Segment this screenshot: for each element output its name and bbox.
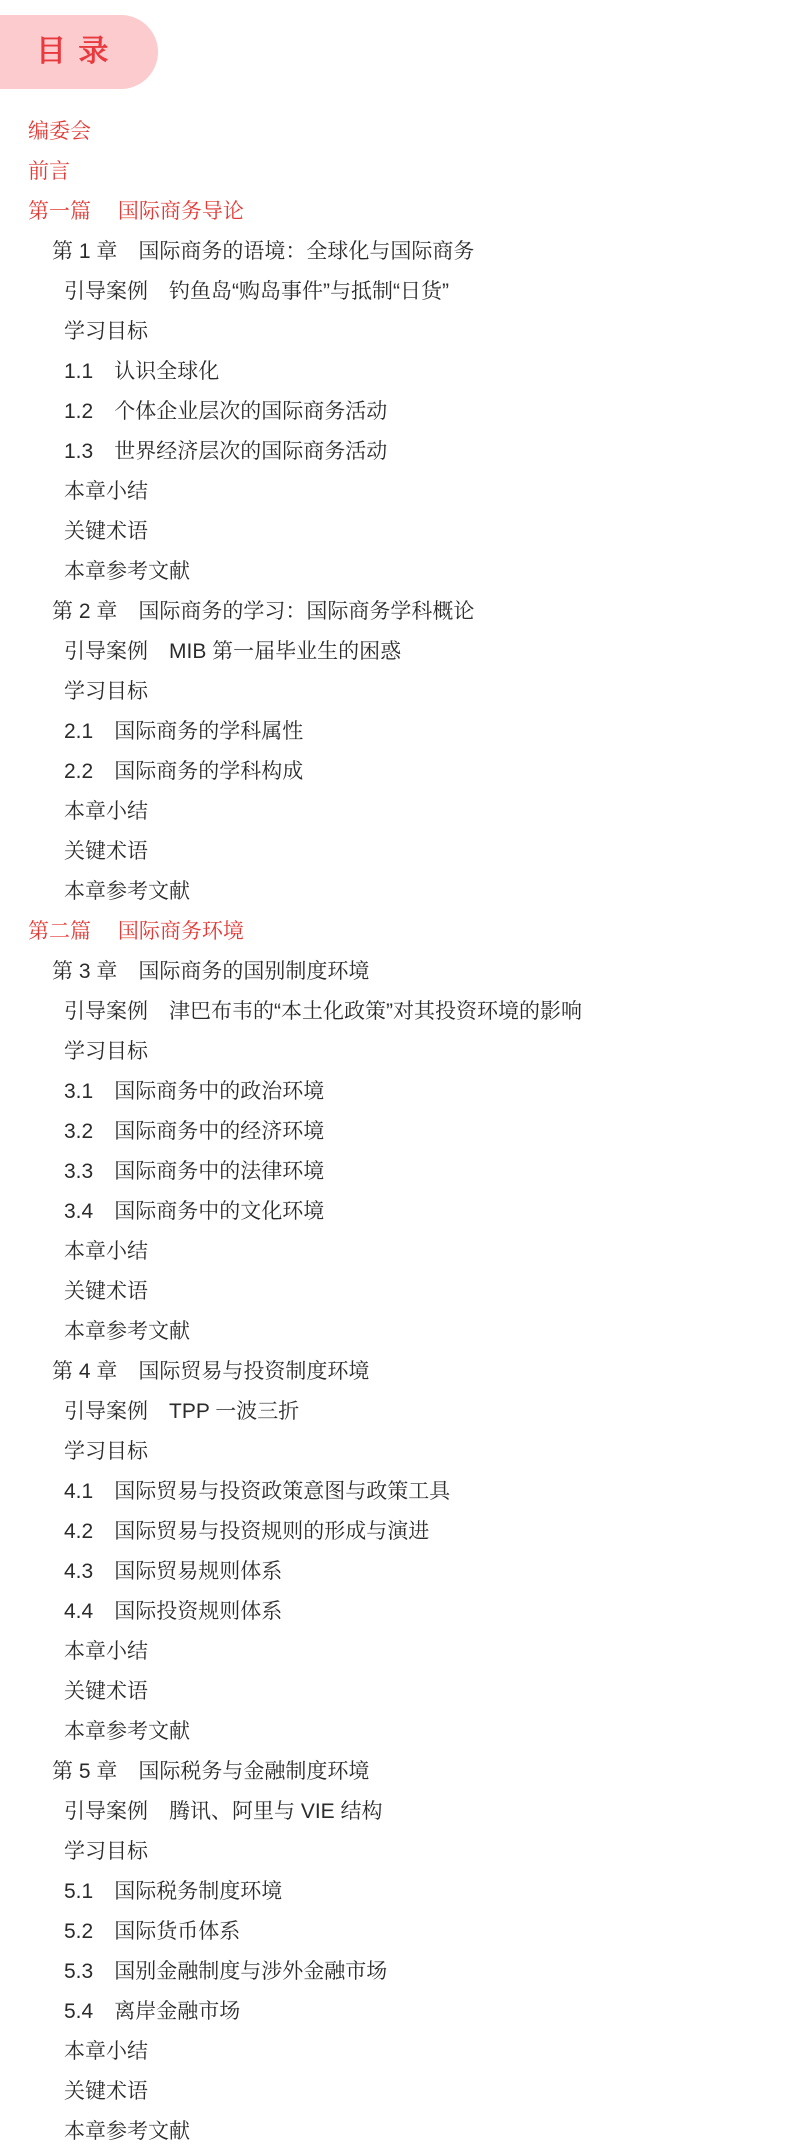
toc-item[interactable]: 引导案例 MIB 第一届毕业生的困惑 bbox=[0, 632, 790, 672]
toc-item[interactable]: 3.4 国际商务中的文化环境 bbox=[0, 1192, 790, 1232]
toc-item[interactable]: 本章参考文献 bbox=[0, 1312, 790, 1352]
toc-item[interactable]: 第 1 章 国际商务的语境：全球化与国际商务 bbox=[0, 232, 790, 272]
toc-item[interactable]: 3.3 国际商务中的法律环境 bbox=[0, 1152, 790, 1192]
toc-item[interactable]: 引导案例 TPP 一波三折 bbox=[0, 1392, 790, 1432]
toc-item[interactable]: 本章参考文献 bbox=[0, 2112, 790, 2152]
toc-item[interactable]: 第 4 章 国际贸易与投资制度环境 bbox=[0, 1352, 790, 1392]
toc-item[interactable]: 学习目标 bbox=[0, 1432, 790, 1472]
toc-item[interactable]: 3.1 国际商务中的政治环境 bbox=[0, 1072, 790, 1112]
toc-item[interactable]: 编委会 bbox=[0, 112, 790, 152]
toc-title-badge: 目 录 bbox=[0, 15, 158, 89]
toc-item[interactable]: 关键术语 bbox=[0, 1672, 790, 1712]
toc-item[interactable]: 5.3 国别金融制度与涉外金融市场 bbox=[0, 1952, 790, 1992]
toc-item[interactable]: 2.2 国际商务的学科构成 bbox=[0, 752, 790, 792]
toc-item[interactable]: 1.2 个体企业层次的国际商务活动 bbox=[0, 392, 790, 432]
toc-page: 目 录 编委会前言第一篇 国际商务导论第 1 章 国际商务的语境：全球化与国际商… bbox=[0, 15, 790, 2152]
toc-item[interactable]: 3.2 国际商务中的经济环境 bbox=[0, 1112, 790, 1152]
toc-item[interactable]: 本章小结 bbox=[0, 1632, 790, 1672]
toc-item[interactable]: 本章参考文献 bbox=[0, 1712, 790, 1752]
toc-item[interactable]: 本章小结 bbox=[0, 2032, 790, 2072]
toc-item[interactable]: 第二篇 国际商务环境 bbox=[0, 912, 790, 952]
toc-item[interactable]: 本章小结 bbox=[0, 792, 790, 832]
toc-item[interactable]: 本章小结 bbox=[0, 472, 790, 512]
toc-item[interactable]: 本章小结 bbox=[0, 1232, 790, 1272]
toc-item[interactable]: 第 3 章 国际商务的国别制度环境 bbox=[0, 952, 790, 992]
toc-item[interactable]: 4.1 国际贸易与投资政策意图与政策工具 bbox=[0, 1472, 790, 1512]
toc-item[interactable]: 学习目标 bbox=[0, 672, 790, 712]
toc-item[interactable]: 学习目标 bbox=[0, 1032, 790, 1072]
toc-item[interactable]: 2.1 国际商务的学科属性 bbox=[0, 712, 790, 752]
toc-item[interactable]: 前言 bbox=[0, 152, 790, 192]
toc-title: 目 录 bbox=[36, 37, 110, 67]
toc-item[interactable]: 5.4 离岸金融市场 bbox=[0, 1992, 790, 2032]
toc-item[interactable]: 1.1 认识全球化 bbox=[0, 352, 790, 392]
toc-item[interactable]: 学习目标 bbox=[0, 312, 790, 352]
toc-item[interactable]: 关键术语 bbox=[0, 1272, 790, 1312]
toc-item[interactable]: 5.2 国际货币体系 bbox=[0, 1912, 790, 1952]
toc-item[interactable]: 引导案例 腾讯、阿里与 VIE 结构 bbox=[0, 1792, 790, 1832]
toc-item[interactable]: 学习目标 bbox=[0, 1832, 790, 1872]
toc-item[interactable]: 关键术语 bbox=[0, 2072, 790, 2112]
toc-item[interactable]: 4.4 国际投资规则体系 bbox=[0, 1592, 790, 1632]
toc-list: 编委会前言第一篇 国际商务导论第 1 章 国际商务的语境：全球化与国际商务引导案… bbox=[0, 112, 790, 2152]
toc-item[interactable]: 4.2 国际贸易与投资规则的形成与演进 bbox=[0, 1512, 790, 1552]
toc-item[interactable]: 关键术语 bbox=[0, 832, 790, 872]
toc-item[interactable]: 第一篇 国际商务导论 bbox=[0, 192, 790, 232]
toc-item[interactable]: 4.3 国际贸易规则体系 bbox=[0, 1552, 790, 1592]
toc-item[interactable]: 第 5 章 国际税务与金融制度环境 bbox=[0, 1752, 790, 1792]
toc-item[interactable]: 引导案例 津巴布韦的“本土化政策”对其投资环境的影响 bbox=[0, 992, 790, 1032]
toc-item[interactable]: 第 2 章 国际商务的学习：国际商务学科概论 bbox=[0, 592, 790, 632]
toc-item[interactable]: 本章参考文献 bbox=[0, 552, 790, 592]
toc-item[interactable]: 引导案例 钓鱼岛“购岛事件”与抵制“日货” bbox=[0, 272, 790, 312]
toc-item[interactable]: 5.1 国际税务制度环境 bbox=[0, 1872, 790, 1912]
toc-item[interactable]: 本章参考文献 bbox=[0, 872, 790, 912]
toc-item[interactable]: 1.3 世界经济层次的国际商务活动 bbox=[0, 432, 790, 472]
toc-item[interactable]: 关键术语 bbox=[0, 512, 790, 552]
